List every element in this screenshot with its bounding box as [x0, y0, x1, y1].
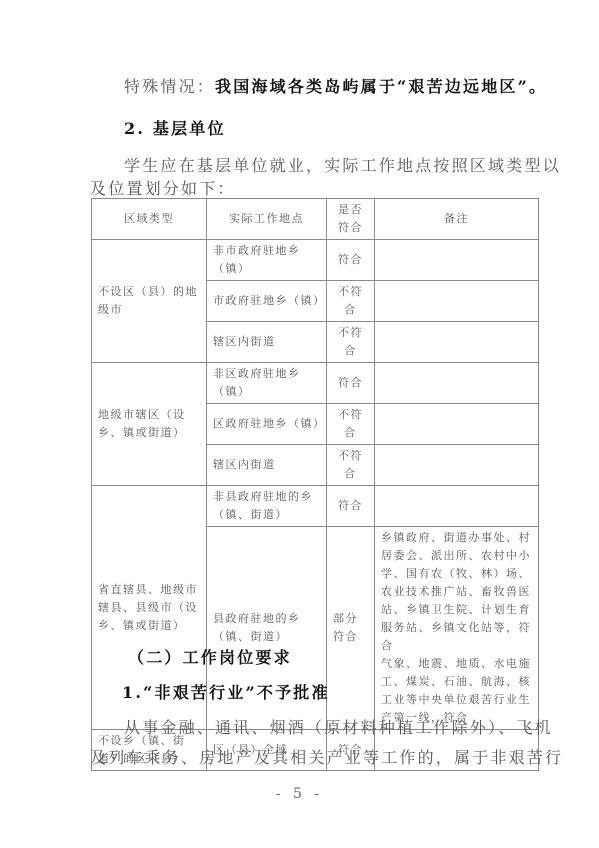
header-eligible: 是否符合	[327, 199, 375, 240]
page-number: - 5 -	[0, 786, 599, 802]
header-region-type: 区域类型	[92, 199, 207, 240]
note-cell	[375, 322, 539, 363]
table-header-row: 区域类型 实际工作地点 是否符合 备注	[92, 199, 539, 240]
note-cell	[375, 445, 539, 486]
region-cell: 不设区（县）的地级市	[92, 240, 207, 363]
table-row: 不设区（县）的地级市 非市政府驻地乡（镇） 符合	[92, 240, 539, 281]
eligible-cell: 符合	[327, 486, 375, 527]
body-line-2: 及列车乘务、房地产及其相关产业等工作的，属于非艰苦行	[90, 745, 599, 768]
region-cell: 地级市辖区（设乡、镇或街道）	[92, 363, 207, 486]
location-cell: 辖区内街道	[207, 322, 327, 363]
header-notes: 备注	[375, 199, 539, 240]
note-cell	[375, 281, 539, 322]
location-cell: 非县政府驻地的乡（镇、街道）	[207, 486, 327, 527]
eligible-cell: 不符合	[327, 281, 375, 322]
note-cell	[375, 240, 539, 281]
eligible-cell: 符合	[327, 240, 375, 281]
section-heading-job-requirements: （二）工作岗位要求	[128, 645, 599, 668]
special-case-line: 特殊情况：我国海域各类岛屿属于“艰苦边远地区”。	[124, 74, 599, 97]
intro-line-2: 及位置划分如下：	[90, 176, 599, 199]
location-cell: 市政府驻地乡（镇）	[207, 281, 327, 322]
eligible-cell: 符合	[327, 363, 375, 404]
location-cell: 区政府驻地乡（镇）	[207, 404, 327, 445]
intro-line-1: 学生应在基层单位就业，实际工作地点按照区域类型以	[124, 153, 599, 176]
table-row: 地级市辖区（设乡、镇或街道） 非区政府驻地乡（镇） 符合	[92, 363, 539, 404]
body-line-1: 从事金融、通讯、烟酒（原材料种植工作除外）、飞机	[124, 715, 599, 738]
note-cell	[375, 404, 539, 445]
note-paragraph-township: 乡镇政府、街道办事处、村居委会、派出所、农村中小学、国有农（牧、林）场、农业技术…	[381, 529, 532, 655]
location-cell: 非市政府驻地乡（镇）	[207, 240, 327, 281]
note-cell	[375, 363, 539, 404]
sub-heading-non-hardship: 1.“非艰苦行业”不予批准	[122, 680, 599, 703]
eligible-cell: 不符合	[327, 404, 375, 445]
special-case-label: 特殊情况：	[124, 77, 215, 96]
eligible-cell: 不符合	[327, 445, 375, 486]
note-cell	[375, 486, 539, 527]
header-work-location: 实际工作地点	[207, 199, 327, 240]
special-case-text: 我国海域各类岛屿属于“艰苦边远地区”。	[215, 77, 547, 96]
location-cell: 非区政府驻地乡（镇）	[207, 363, 327, 404]
eligible-cell: 不符合	[327, 322, 375, 363]
location-cell: 辖区内街道	[207, 445, 327, 486]
section-heading-grassroots: 2. 基层单位	[124, 116, 599, 139]
table-row: 省直辖县、地级市辖县、县级市（设乡、镇或街道） 非县政府驻地的乡（镇、街道） 符…	[92, 486, 539, 527]
